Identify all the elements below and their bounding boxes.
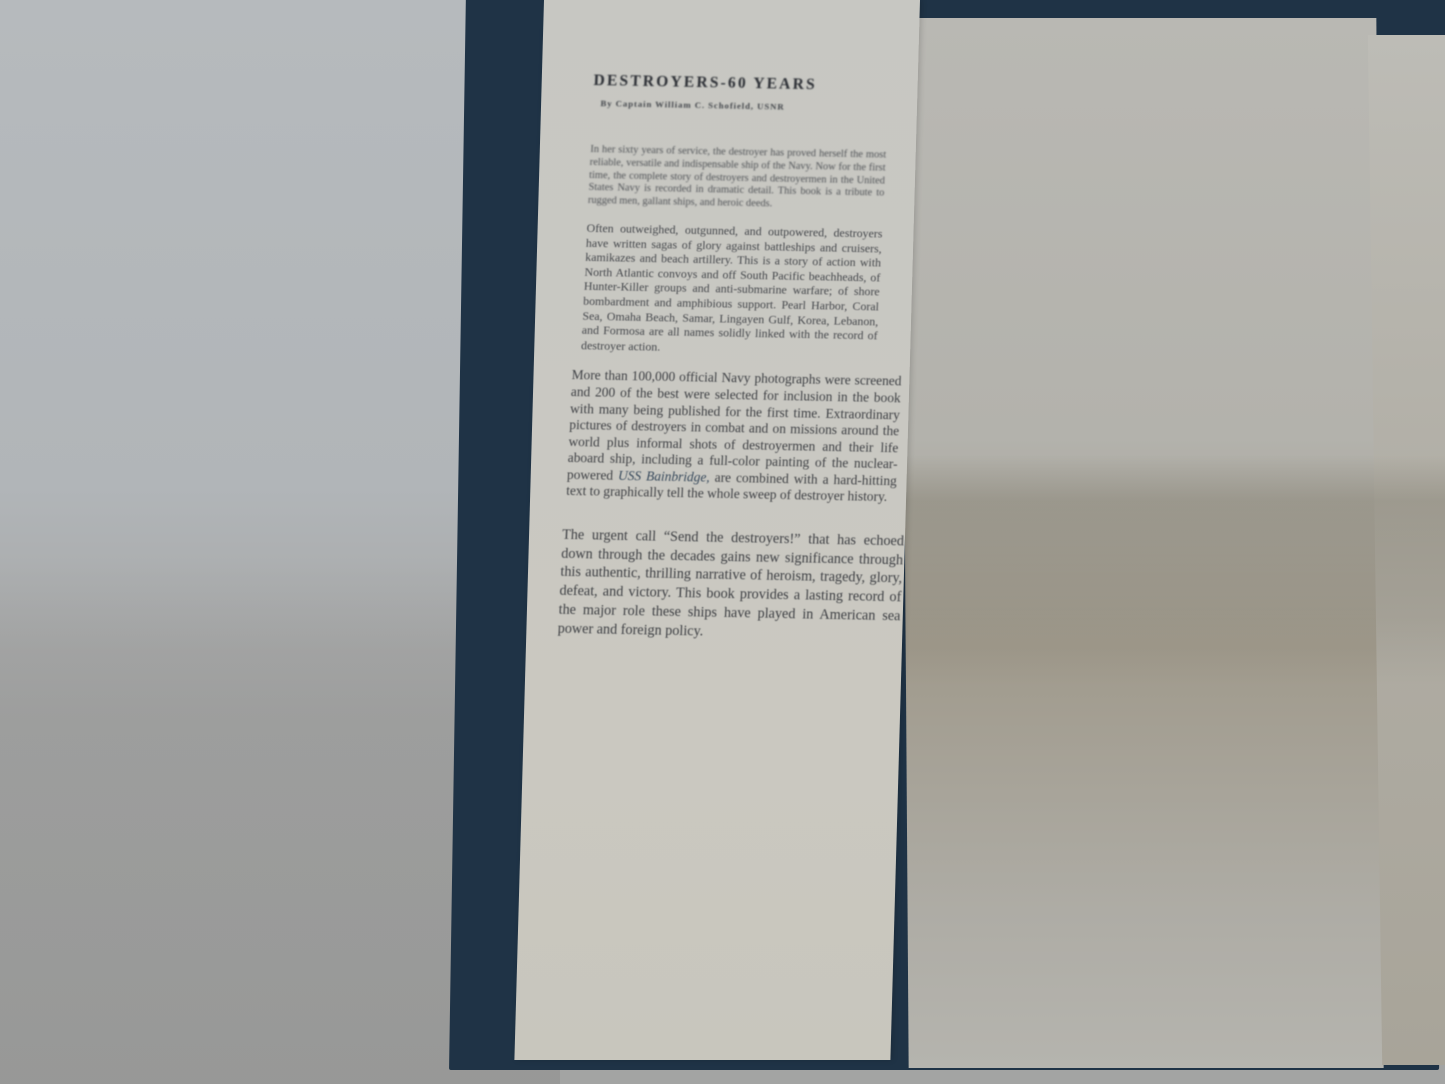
dust-jacket-flap: DESTROYERS-60 YEARS By Captain William C…	[514, 0, 920, 1060]
paragraph-photographs: More than 100,000 official Navy photogra…	[566, 367, 902, 506]
ship-name-italic: USS Bainbridge,	[618, 468, 710, 485]
paragraph-battles: Often outweighed, outgunned, and outpowe…	[581, 221, 883, 358]
endpaper-shadow	[905, 455, 1445, 685]
book-title: DESTROYERS-60 YEARS	[593, 72, 890, 96]
author-byline: By Captain William C. Schofield, USNR	[600, 98, 888, 114]
paragraph-photographs-text-before: More than 100,000 official Navy photogra…	[567, 367, 902, 483]
paragraph-intro: In her sixty years of service, the destr…	[588, 144, 887, 214]
paragraph-closing: The urgent call “Send the destroyers!” t…	[557, 526, 904, 645]
flap-text-block: DESTROYERS-60 YEARS By Captain William C…	[567, 72, 889, 644]
